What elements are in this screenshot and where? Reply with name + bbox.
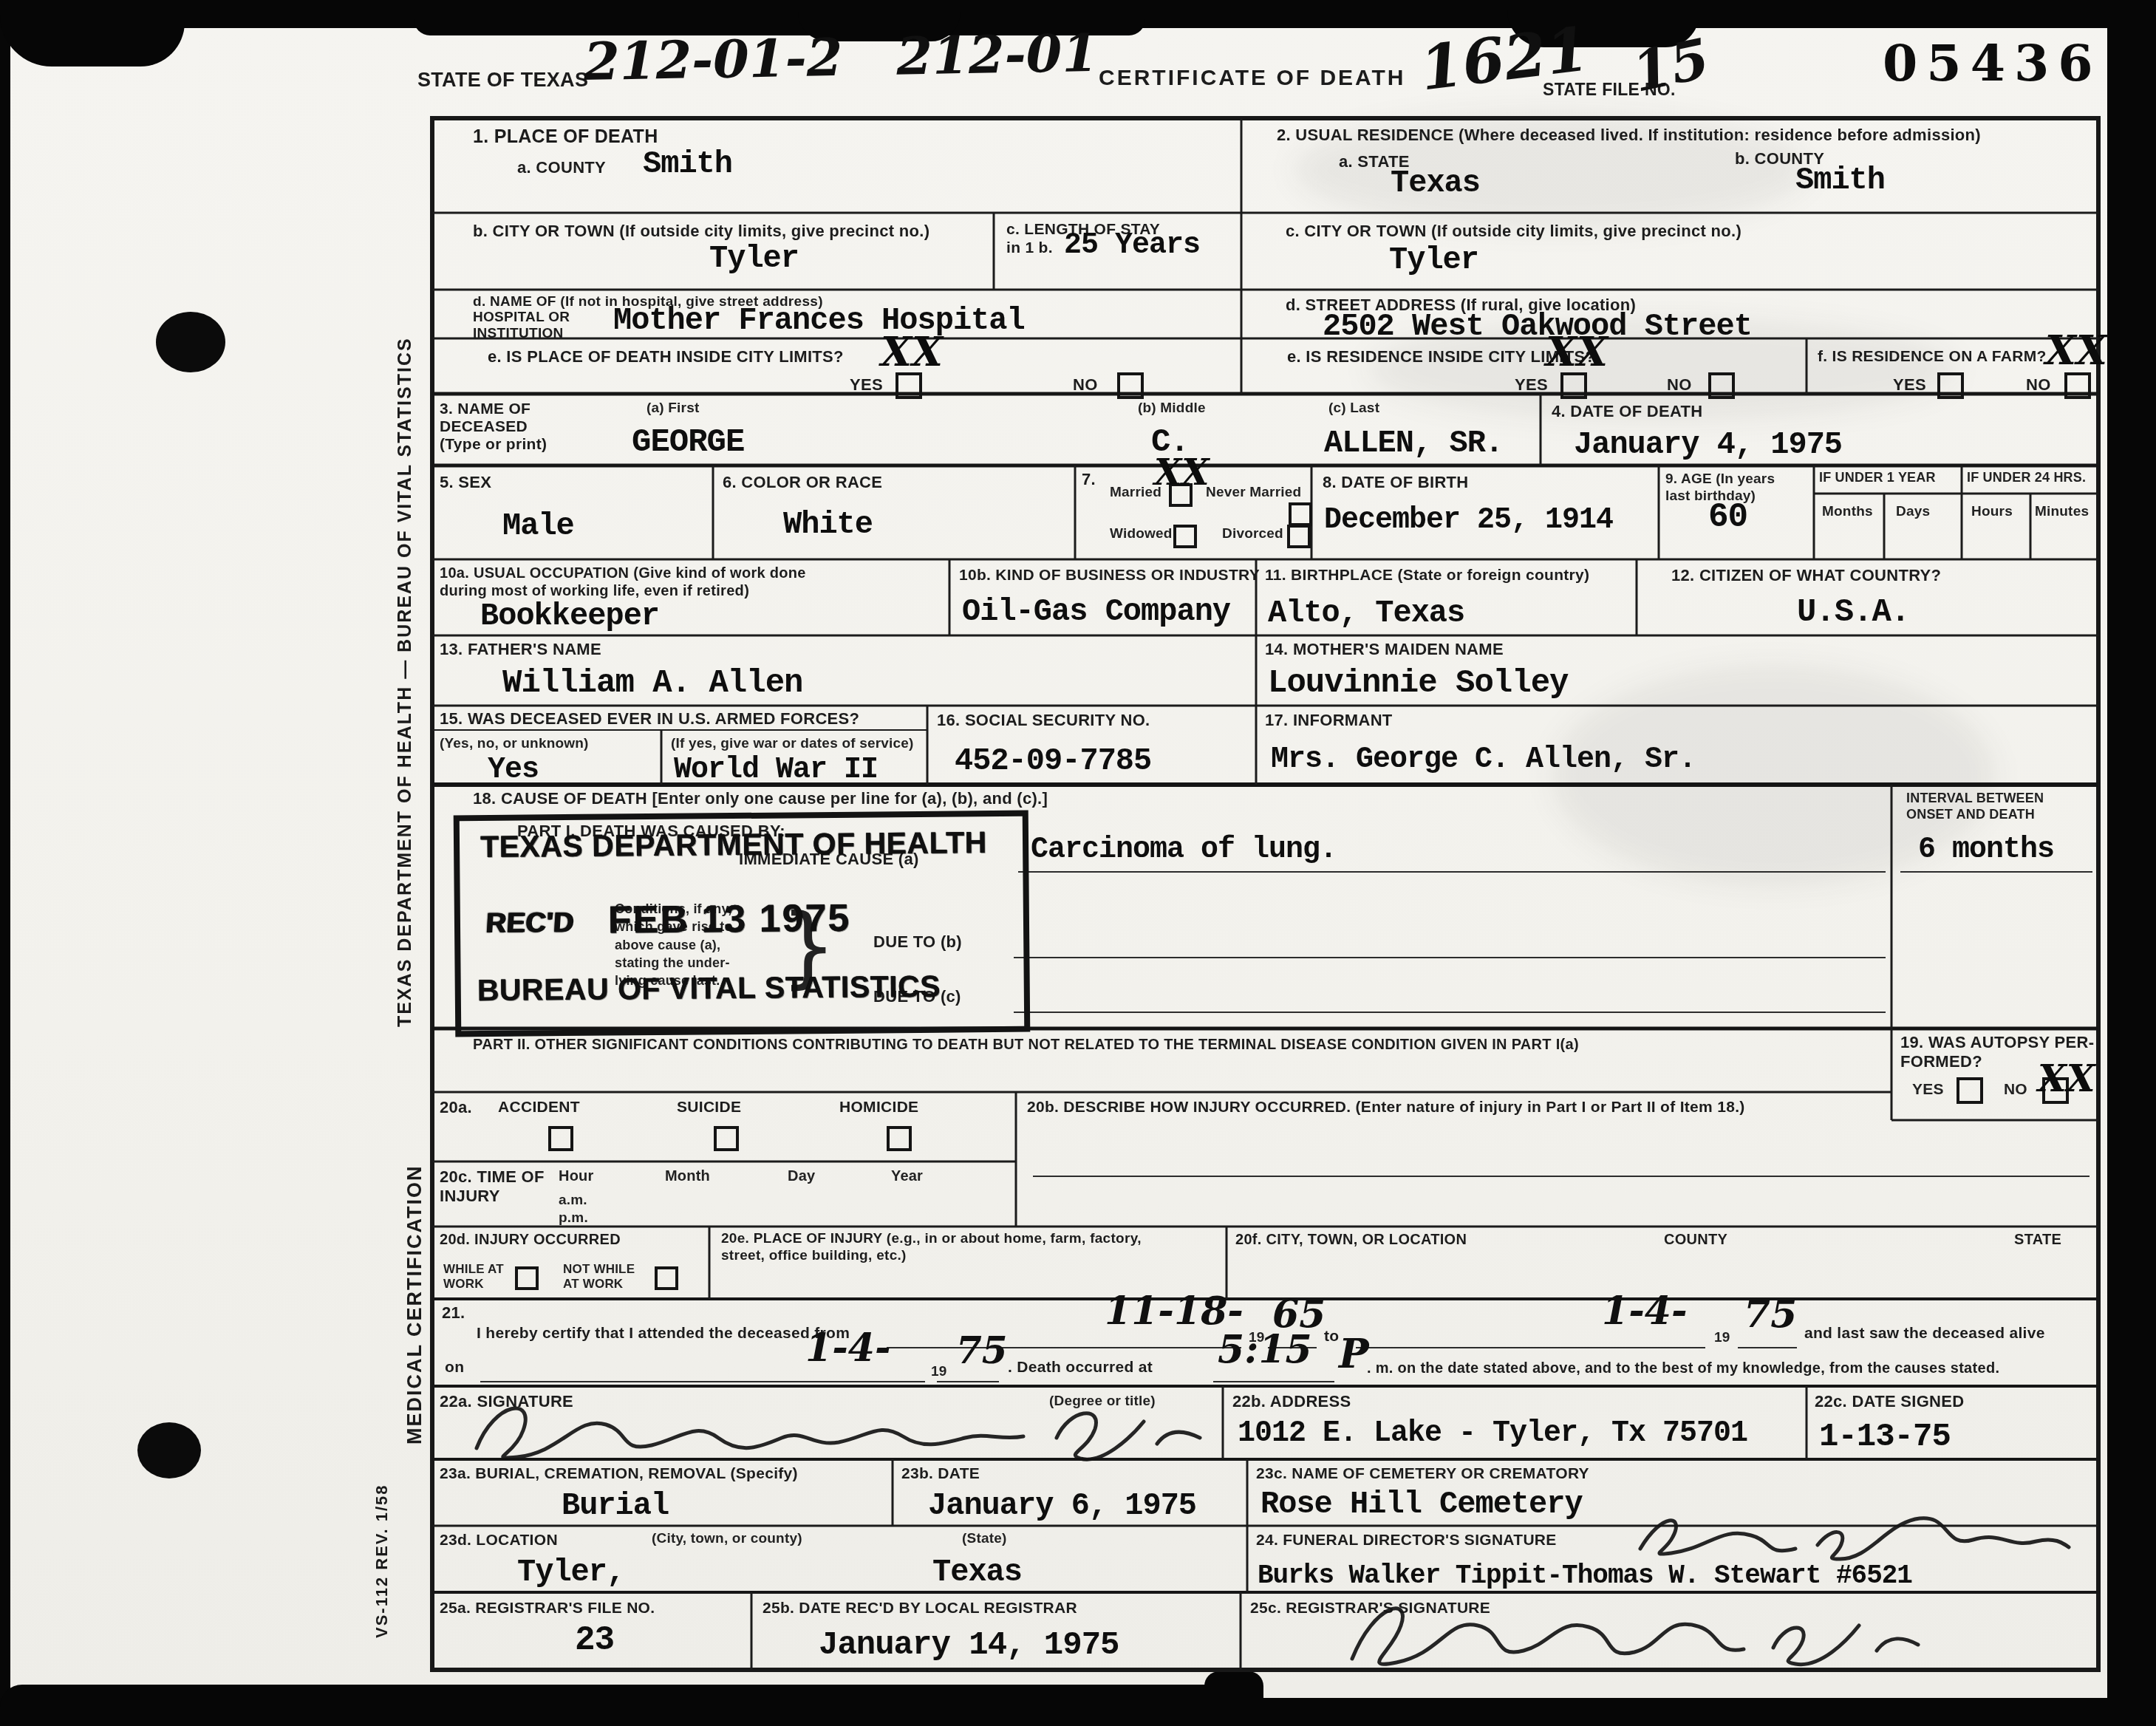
injury-20b-label: 20b. DESCRIBE HOW INJURY OCCURRED. (Ente…	[1027, 1098, 2084, 1116]
suicide-label: SUICIDE	[677, 1098, 741, 1116]
injury-20f-label: 20f. CITY, TOWN, OR LOCATION	[1235, 1231, 1467, 1249]
checkmark-farm-no: XX	[2045, 327, 2107, 374]
death-limits-no-label: NO	[1073, 375, 1098, 395]
day-label: Day	[788, 1167, 815, 1185]
burial-location-label: 23d. LOCATION	[440, 1531, 558, 1549]
physician-signature	[465, 1395, 1212, 1461]
death-city-limits-label: e. IS PLACE OF DEATH INSIDE CITY LIMITS?	[488, 347, 844, 366]
city-value: Tyler	[709, 242, 799, 275]
checkbox-while-at-work	[515, 1266, 539, 1290]
funeral-director-signature	[1625, 1504, 2076, 1565]
stamp-date: FEB 13 1975	[608, 896, 851, 943]
checkbox-death-limits-yes	[896, 372, 922, 399]
mother-name-label: 14. MOTHER'S MAIDEN NAME	[1265, 640, 1504, 659]
widowed-label: Widowed	[1110, 526, 1173, 543]
cert-on-year: 75	[956, 1328, 1008, 1372]
checkbox-residence-limits-no	[1708, 372, 1735, 399]
first-name-label: (a) First	[647, 400, 699, 417]
burial-method-value: Burial	[562, 1490, 669, 1522]
stamp-recd: REC'D	[485, 907, 575, 940]
name-of-deceased-label: 3. NAME OF DECEASED (Type or print)	[440, 400, 547, 454]
hours-label: Hours	[1971, 504, 2013, 521]
cert-on-word: on	[445, 1358, 464, 1377]
sex-value: Male	[502, 510, 574, 542]
birthplace-value: Alto, Texas	[1268, 597, 1464, 630]
cert-to-word: to	[1324, 1327, 1339, 1345]
cert-text-4: . m. on the date stated above, and to th…	[1367, 1360, 1999, 1377]
date-of-birth-value: December 25, 1914	[1324, 505, 1613, 536]
hospital-value: Mother Frances Hospital	[613, 304, 1025, 337]
length-of-stay-value: 25 Years	[1064, 231, 1200, 262]
checkmark-autopsy-no: XX	[2038, 1057, 2095, 1100]
first-name-value: GEORGE	[632, 426, 744, 460]
date-received-value: January 14, 1975	[819, 1628, 1119, 1662]
checkbox-death-limits-no	[1117, 372, 1144, 399]
age-value: 60	[1708, 499, 1747, 535]
date-signed-label: 22c. DATE SIGNED	[1815, 1392, 1964, 1411]
checkmark-married: XX	[1154, 452, 1209, 494]
stamp-line3: BUREAU OF VITAL STATISTICS	[477, 969, 941, 1008]
funeral-director-value: Burks Walker Tippit-Thomas W. Stewart #6…	[1258, 1562, 1912, 1590]
am-label: a.m.	[559, 1193, 587, 1210]
burial-date-label: 23b. DATE	[901, 1464, 980, 1483]
father-name-value: William A. Allen	[502, 666, 802, 700]
date-of-death-label: 4. DATE OF DEATH	[1552, 402, 1702, 421]
injury-20d-label: 20d. INJURY OCCURRED	[440, 1231, 621, 1249]
cert-text-1: I hereby certify that I attended the dec…	[477, 1324, 850, 1343]
cert-item-number: 21.	[442, 1303, 465, 1323]
part2-label: PART II. OTHER SIGNIFICANT CONDITIONS CO…	[473, 1036, 1884, 1054]
scanned-death-certificate: TEXAS DEPARTMENT OF HEALTH — BUREAU OF V…	[0, 0, 2156, 1726]
checkbox-widowed	[1173, 525, 1197, 548]
cert-ampm: P	[1339, 1330, 1369, 1377]
autopsy-no-label: NO	[2004, 1080, 2027, 1099]
county-label: a. COUNTY	[517, 158, 606, 177]
residence-limits-no-label: NO	[1667, 375, 1692, 395]
if-under-1-year-label: IF UNDER 1 YEAR	[1819, 470, 1936, 486]
middle-name-label: (b) Middle	[1138, 400, 1206, 417]
cemetery-label: 23c. NAME OF CEMETERY OR CREMATORY	[1256, 1464, 1589, 1483]
hour-label: Hour	[559, 1167, 593, 1185]
injury-20c-label: 20c. TIME OF INJURY	[440, 1167, 545, 1207]
farm-yes-label: YES	[1893, 375, 1926, 395]
citizen-value: U.S.A.	[1797, 596, 1909, 630]
checkbox-farm-yes	[1937, 372, 1964, 399]
address-value: 1012 E. Lake - Tyler, Tx 75701	[1238, 1419, 1747, 1450]
county-value: Smith	[643, 148, 732, 180]
never-married-label: Never Married	[1206, 485, 1301, 502]
ssn-label: 16. SOCIAL SECURITY NO.	[937, 711, 1150, 730]
date-of-death-value: January 4, 1975	[1574, 429, 1842, 461]
checkbox-accident	[548, 1126, 573, 1151]
days-label: Days	[1896, 504, 1930, 521]
date-of-birth-label: 8. DATE OF BIRTH	[1323, 473, 1469, 492]
usual-residence-title: 2. USUAL RESIDENCE (Where deceased lived…	[1277, 126, 2075, 145]
if-under-24-hrs-label: IF UNDER 24 HRS.	[1967, 470, 2086, 486]
injury-20a-label: 20a.	[440, 1098, 472, 1117]
marital-item-label: 7.	[1082, 470, 1096, 489]
homicide-label: HOMICIDE	[839, 1098, 918, 1116]
industry-value: Oil-Gas Company	[962, 596, 1230, 628]
cemetery-value: Rose Hill Cemetery	[1260, 1488, 1583, 1521]
burial-state-value: Texas	[932, 1556, 1022, 1589]
place-of-death-title: 1. PLACE OF DEATH	[473, 126, 658, 148]
sex-label: 5. SEX	[440, 473, 491, 492]
last-name-value: ALLEN, SR.	[1324, 427, 1503, 460]
registrar-signature	[1330, 1589, 1928, 1677]
birthplace-label: 11. BIRTHPLACE (State or foreign country…	[1265, 566, 1589, 584]
checkbox-farm-no	[2064, 372, 2091, 399]
burial-location-city-sublabel: (City, town, or county)	[652, 1531, 802, 1548]
date-received-label: 25b. DATE REC'D BY LOCAL REGISTRAR	[763, 1599, 1077, 1617]
armed-forces-sub1: (Yes, no, or unknown)	[440, 736, 589, 753]
immediate-cause-value: Carcinoma of lung.	[1031, 835, 1337, 866]
interval-label: INTERVAL BETWEEN ONSET AND DEATH	[1906, 791, 2044, 822]
informant-value: Mrs. George C. Allen, Sr.	[1271, 745, 1696, 776]
autopsy-yes-label: YES	[1912, 1080, 1944, 1099]
citizen-label: 12. CITIZEN OF WHAT COUNTRY?	[1671, 566, 1941, 585]
father-name-label: 13. FATHER'S NAME	[440, 640, 601, 659]
residence-limits-yes-label: YES	[1515, 375, 1548, 395]
burial-location-state-sublabel: (State)	[962, 1531, 1007, 1548]
burial-city-value: Tyler,	[517, 1556, 624, 1589]
armed-forces-answer: Yes	[488, 755, 539, 786]
cert-on-year-prefix: 19	[931, 1364, 947, 1381]
pm-label: p.m.	[559, 1210, 588, 1227]
year-label: Year	[891, 1167, 923, 1185]
residence-city-label: c. CITY OR TOWN (If outside city limits,…	[1286, 222, 1741, 241]
cert-to-date: 1-4-	[1602, 1289, 1688, 1334]
checkbox-never-married	[1289, 502, 1312, 526]
residence-county-value: Smith	[1795, 164, 1885, 197]
divorced-label: Divorced	[1222, 526, 1283, 543]
accident-label: ACCIDENT	[498, 1098, 580, 1116]
injury-20e-label: 20e. PLACE OF INJURY (e.g., in or about …	[721, 1231, 1142, 1265]
checkmark-death-limits-yes: XX	[881, 328, 943, 375]
race-label: 6. COLOR OR RACE	[723, 473, 882, 492]
cert-to-year: 75	[1744, 1292, 1797, 1337]
armed-forces-label: 15. WAS DECEASED EVER IN U.S. ARMED FORC…	[440, 709, 859, 729]
checkbox-homicide	[887, 1126, 912, 1151]
while-at-work-label: WHILE AT WORK	[443, 1262, 504, 1292]
burial-date-value: January 6, 1975	[928, 1490, 1196, 1522]
checkbox-suicide	[714, 1126, 739, 1151]
registrar-file-label: 25a. REGISTRAR'S FILE NO.	[440, 1599, 655, 1617]
ssn-value: 452-09-7785	[955, 745, 1151, 777]
checkbox-residence-limits-yes	[1560, 372, 1587, 399]
not-while-at-work-label: NOT WHILE AT WORK	[563, 1262, 635, 1292]
war-service-value: World War II	[674, 755, 878, 786]
date-signed-value: 1-13-75	[1819, 1420, 1951, 1454]
cause-of-death-label: 18. CAUSE OF DEATH [Enter only one cause…	[473, 789, 1048, 808]
occupation-value: Bookkeeper	[480, 600, 659, 632]
residence-farm-label: f. IS RESIDENCE ON A FARM?	[1818, 347, 2047, 366]
months-label: Months	[1822, 504, 1873, 521]
cert-text-3: . Death occurred at	[1008, 1358, 1153, 1377]
industry-label: 10b. KIND OF BUSINESS OR INDUSTRY	[959, 566, 1260, 584]
bureau-received-stamp: TEXAS DEPARTMENT OF HEALTH REC'D FEB 13 …	[454, 811, 1031, 1037]
mother-name-value: Louvinnie Solley	[1268, 666, 1568, 700]
informant-label: 17. INFORMANT	[1265, 711, 1393, 730]
registrar-file-value: 23	[575, 1623, 614, 1658]
checkbox-not-while-at-work	[655, 1266, 678, 1290]
race-value: White	[783, 508, 873, 541]
month-label: Month	[665, 1167, 710, 1185]
cert-on-date: 1-4-	[805, 1326, 891, 1371]
occupation-label: 10a. USUAL OCCUPATION (Give kind of work…	[440, 564, 806, 600]
funeral-director-label: 24. FUNERAL DIRECTOR'S SIGNATURE	[1256, 1531, 1557, 1549]
injury-county-label: COUNTY	[1664, 1231, 1727, 1249]
injury-state-label: STATE	[2014, 1231, 2061, 1249]
street-address-value: 2502 West Oakwood Street	[1323, 310, 1752, 343]
stamp-line1: TEXAS DEPARTMENT OF HEALTH	[480, 825, 987, 864]
minutes-label: Minutes	[2035, 504, 2089, 521]
cert-to-year-prefix: 19	[1714, 1330, 1730, 1347]
interval-value: 6 months	[1918, 835, 2054, 866]
death-limits-yes-label: YES	[850, 375, 883, 395]
last-name-label: (c) Last	[1328, 400, 1379, 417]
checkbox-divorced	[1287, 525, 1311, 548]
cert-text-2: and last saw the deceased alive	[1804, 1324, 2045, 1343]
residence-state-value: Texas	[1391, 167, 1480, 199]
armed-forces-sub2: (If yes, give war or dates of service)	[671, 736, 914, 753]
residence-city-value: Tyler	[1389, 244, 1478, 276]
farm-no-label: NO	[2026, 375, 2051, 395]
burial-method-label: 23a. BURIAL, CREMATION, REMOVAL (Specify…	[440, 1464, 798, 1483]
checkmark-residence-limits-yes: XX	[1546, 328, 1608, 375]
cert-time: 5:15	[1218, 1327, 1312, 1372]
city-label: b. CITY OR TOWN (If outside city limits,…	[473, 222, 929, 241]
address-label: 22b. ADDRESS	[1232, 1392, 1351, 1411]
